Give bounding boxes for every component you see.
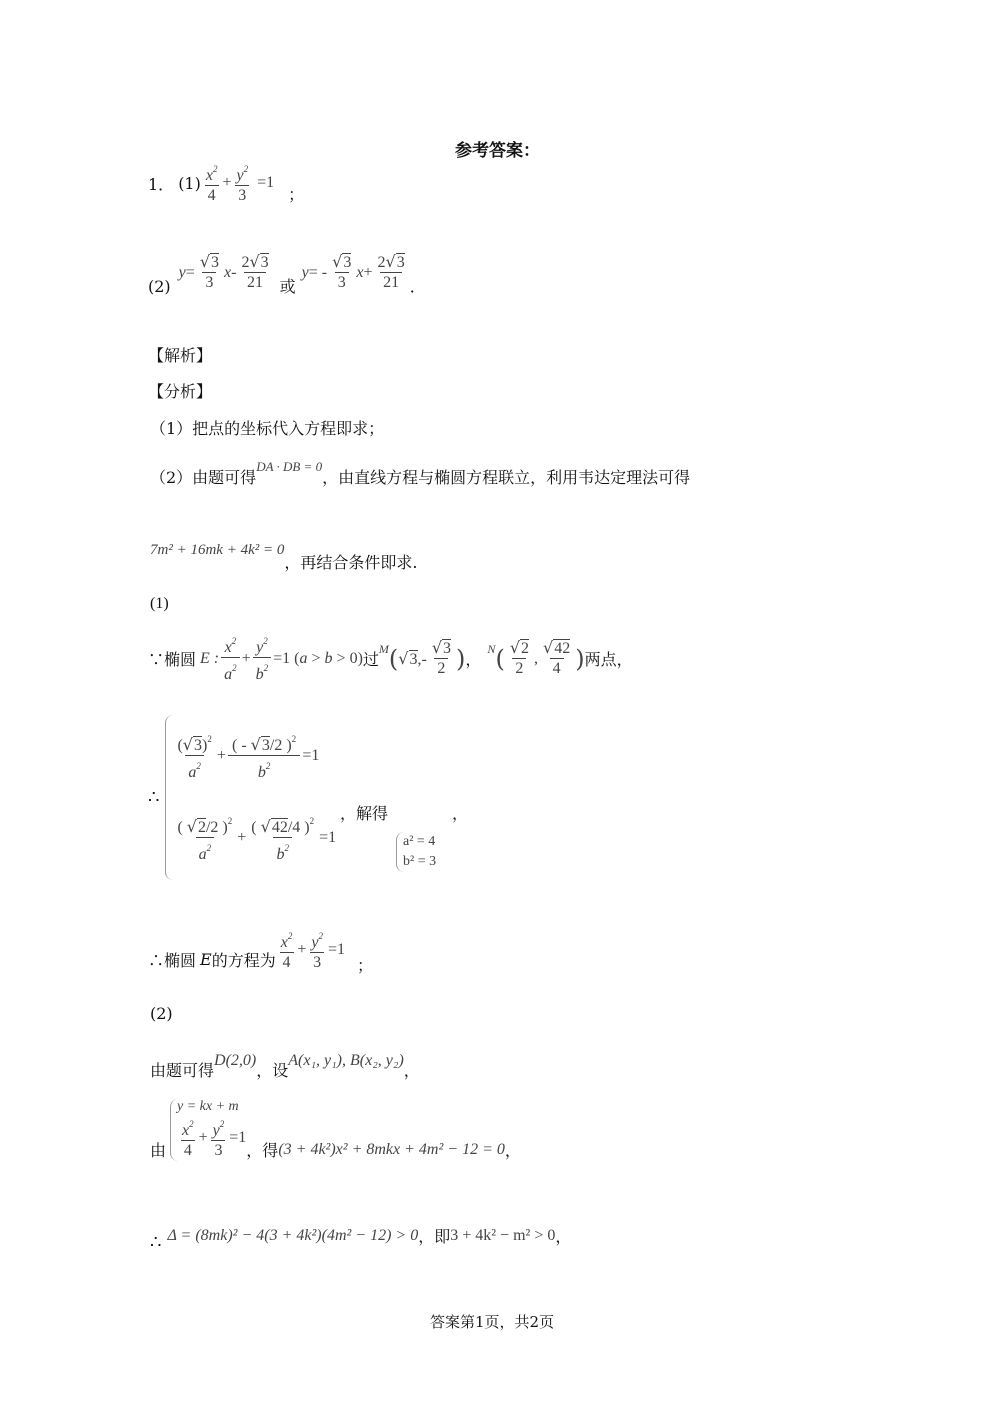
page-footer: 答案第1页，共2页 — [430, 1311, 554, 1332]
answer-1-part-1: 1． (1) x24 + y23 =1 ； — [148, 160, 304, 206]
solution-1-given: ∵椭圆 E : x2a2 + y2b2 =1 (a > b > 0) 过 M (… — [148, 632, 633, 685]
analysis-line-1: （1）把点的坐标代入方程即求； — [150, 416, 384, 439]
solution-1-result: a² = 4 b² = 3 — [396, 832, 436, 872]
question-number: 1． — [148, 172, 174, 195]
analysis-line-3: 7m² + 16mk + 4k² = 0 ，再结合条件即求. — [150, 528, 417, 573]
solution-1-conclusion: ∴椭圆 E 的方程为 x24 + y23 =1 ； — [148, 923, 373, 976]
solution-1-system: ∴ (√3)2a2 + ( - √3/2 )2b2 =1 ( √2/2 )2a2… — [148, 715, 336, 880]
part-label: (1) — [178, 174, 201, 193]
solution-2-setup: 由题可得 D(2,0) ，设 A(x₁, y₁), B(x₂, y₂) ， — [150, 1040, 420, 1081]
solution-2-label: (2) — [150, 1004, 173, 1023]
answer-1-part-2: (2) y= √33 x- 2√321 或 y= - √33 x+ 2√321 … — [148, 248, 426, 297]
solution-2-discriminant: ∴ Δ = (8mk)² − 4(3 + 4k²)(4m² − 12) > 0 … — [150, 1218, 571, 1253]
part-label: (2) — [148, 277, 171, 296]
analysis-line-2: （2）由题可得 DA · DB = 0 ，由直线方程与椭圆方程联立，利用韦达定理… — [150, 455, 690, 488]
solution-2-system: 由 y = kx + m x24 + y23 =1 ，得 (3 + 4k²)x²… — [150, 1098, 521, 1161]
page-title: 参考答案： — [455, 136, 540, 161]
or-word: 或 — [280, 274, 296, 297]
solve-text: ，解得 — [340, 801, 388, 824]
solution-1-label: (1) — [150, 595, 169, 613]
section-jiexi: 【解析】 — [148, 343, 212, 366]
section-fenxi: 【分析】 — [148, 379, 212, 402]
